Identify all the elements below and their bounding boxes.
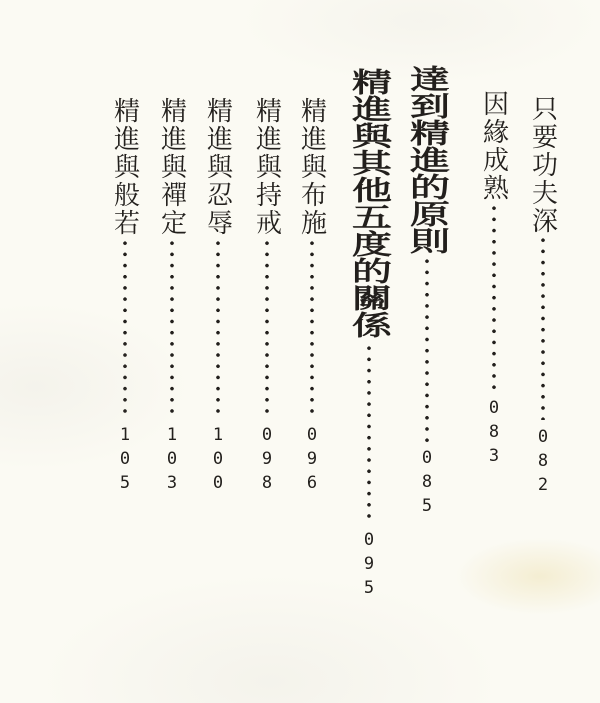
page-number: 103 — [162, 425, 182, 497]
toc-entry-5: 精進與布施 096 — [289, 0, 335, 703]
page-number: 096 — [302, 425, 322, 497]
entry-title: 精進與其他五度的關係 — [341, 68, 398, 338]
page-number: 105 — [115, 425, 135, 497]
dot-leader — [540, 237, 546, 420]
dot-leader — [366, 345, 372, 525]
dot-leader — [491, 205, 497, 393]
dot-leader — [122, 240, 128, 420]
page-number: 095 — [359, 530, 379, 602]
page-number: 083 — [484, 398, 504, 470]
toc-entry-6: 精進與持戒 098 — [244, 0, 290, 703]
toc-entry-2: 因緣成熟 083 — [471, 0, 517, 703]
book-toc-page: 只要功夫深 082 因緣成熟 083 達到精進的原則 085 精進與其他五度的關… — [0, 0, 600, 703]
toc-entry-7: 精進與忍辱 100 — [195, 0, 241, 703]
toc-entry-9: 精進與般若 105 — [102, 0, 148, 703]
dot-leader — [309, 240, 315, 420]
entry-title: 精進與禪定 — [154, 97, 191, 237]
dot-leader — [215, 240, 221, 420]
page-number: 098 — [257, 425, 277, 497]
toc-entry-8: 精進與禪定 103 — [149, 0, 195, 703]
entry-title: 精進與般若 — [107, 97, 144, 237]
toc-entry-4: 精進與其他五度的關係 095 — [346, 0, 392, 703]
dot-leader — [424, 258, 430, 443]
entry-title: 達到精進的原則 — [399, 65, 456, 254]
entry-title: 精進與布施 — [294, 97, 331, 237]
entry-title: 精進與持戒 — [249, 97, 286, 237]
page-number: 085 — [417, 448, 437, 520]
toc-entry-1: 只要功夫深 082 — [520, 0, 566, 703]
toc-entry-3: 達到精進的原則 085 — [404, 0, 450, 703]
page-number: 100 — [208, 425, 228, 497]
entry-title: 只要功夫深 — [525, 95, 562, 235]
dot-leader — [264, 240, 270, 420]
entry-title: 精進與忍辱 — [200, 97, 237, 237]
page-number: 082 — [533, 427, 553, 499]
dot-leader — [169, 240, 175, 420]
entry-title: 因緣成熟 — [476, 90, 513, 202]
